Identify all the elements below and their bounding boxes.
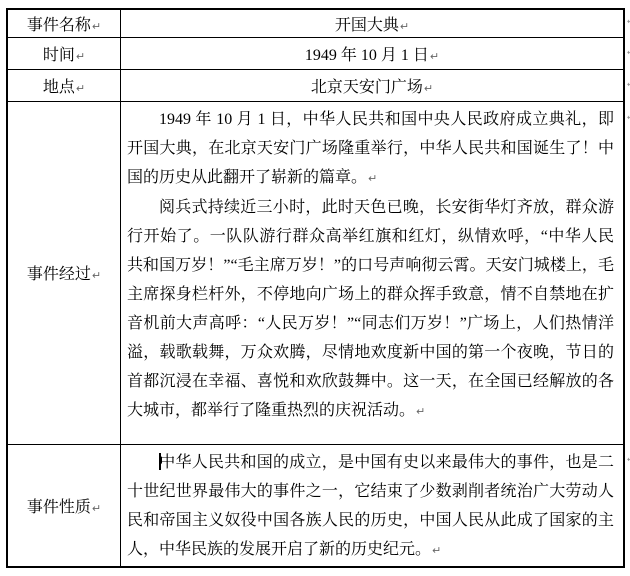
paragraph-mark-icon: ↵ (432, 544, 441, 557)
label-cell-event-nature[interactable]: 事件性质↵ (7, 444, 121, 567)
paragraph-mark-icon: ↵ (76, 82, 85, 95)
document-page: 事件名称↵ 开国大典↵ 时间↵ 1949 年 10 月 1 日↵ 地点↵ 北京天… (0, 0, 630, 576)
value-cell-place[interactable]: 北京天安门广场↵ (121, 69, 625, 101)
table-row: 地点↵ 北京天安门广场↵ (7, 69, 624, 101)
paragraph: 阅兵式持续近三小时，此时天色已晚，长安街华灯齐放，群众游行开始了。一队队游行群众… (127, 193, 614, 426)
place-value: 北京天安门广场 (311, 79, 423, 96)
row-label: 事件性质 (27, 499, 91, 516)
paragraph-mark-icon: ↵ (92, 20, 101, 33)
row-label: 地点 (43, 79, 75, 96)
paragraph-mark-icon: ↵ (92, 269, 101, 282)
table-row: 事件名称↵ 开国大典↵ (7, 9, 624, 37)
table-row: 事件性质↵ 中华人民共和国的成立，是中国有史以来最伟大的事件，也是二十世纪世界最… (7, 444, 624, 567)
row-label: 时间 (43, 47, 75, 64)
label-cell-time[interactable]: 时间↵ (7, 37, 121, 69)
table-row: 事件经过↵ 1949 年 10 月 1 日，中华人民共和国中央人民政府成立典礼，… (7, 101, 624, 444)
row-label: 事件经过 (27, 266, 91, 283)
paragraph-mark-icon: ↵ (430, 50, 439, 63)
label-cell-place[interactable]: 地点↵ (7, 69, 121, 101)
value-cell-event-process[interactable]: 1949 年 10 月 1 日，中华人民共和国中央人民政府成立典礼，即开国大典，… (121, 101, 625, 444)
paragraph: 1949 年 10 月 1 日，中华人民共和国中央人民政府成立典礼，即开国大典，… (127, 105, 614, 193)
paragraph-text: 阅兵式持续近三小时，此时天色已晚，长安街华灯齐放，群众游行开始了。一队队游行群众… (127, 199, 614, 419)
event-name-value: 开国大典 (335, 17, 399, 34)
paragraph: 中华人民共和国的成立，是中国有史以来最伟大的事件，也是二十世纪世界最伟大的事件之… (127, 448, 614, 565)
label-cell-event-process[interactable]: 事件经过↵ (7, 101, 121, 444)
value-cell-event-nature[interactable]: 中华人民共和国的成立，是中国有史以来最伟大的事件，也是二十世纪世界最伟大的事件之… (121, 444, 625, 567)
paragraph-mark-icon: ↵ (76, 50, 85, 63)
time-value: 1949 年 10 月 1 日 (305, 47, 429, 64)
paragraph-mark-icon: ↵ (368, 172, 377, 185)
row-label: 事件名称 (27, 17, 91, 34)
value-cell-time[interactable]: 1949 年 10 月 1 日↵ (121, 37, 625, 69)
event-info-table: 事件名称↵ 开国大典↵ 时间↵ 1949 年 10 月 1 日↵ 地点↵ 北京天… (6, 8, 625, 568)
paragraph-mark-icon: ↵ (416, 405, 425, 418)
table-row: 时间↵ 1949 年 10 月 1 日↵ (7, 37, 624, 69)
paragraph-mark-icon: ↵ (92, 502, 101, 515)
paragraph-text: 中华人民共和国的成立，是中国有史以来最伟大的事件，也是二十世纪世界最伟大的事件之… (127, 454, 614, 558)
value-cell-event-name[interactable]: 开国大典↵ (121, 9, 625, 37)
label-cell-event-name[interactable]: 事件名称↵ (7, 9, 121, 37)
paragraph-mark-icon: ↵ (400, 20, 409, 33)
paragraph-mark-icon: ↵ (424, 82, 433, 95)
